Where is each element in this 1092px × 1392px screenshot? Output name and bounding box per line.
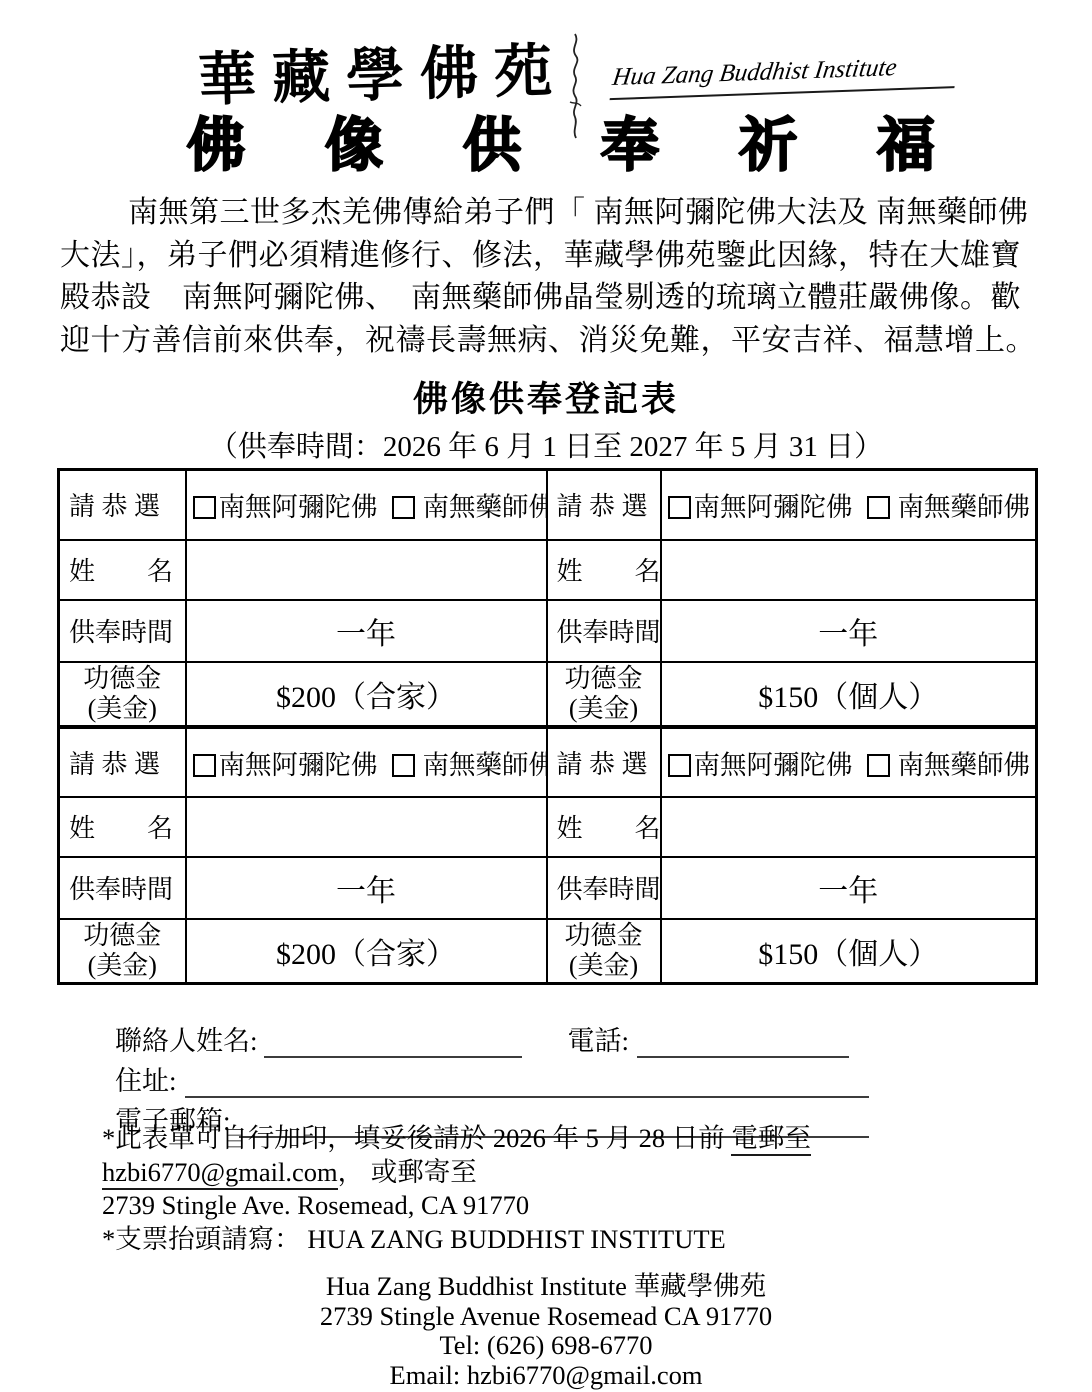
fee-label-bottom: (美金): [548, 694, 660, 724]
period-value: 一年: [186, 600, 547, 662]
footer-section: Hua Zang Buddhist Institute 華藏學佛苑 2739 S…: [0, 1272, 1092, 1390]
contact-phone-field[interactable]: [637, 1028, 849, 1058]
footer-telephone: Tel: (626) 698-6770: [0, 1331, 1092, 1361]
period-value: 一年: [661, 600, 1037, 662]
select-label: 請 恭 選: [547, 727, 661, 797]
name-input-cell[interactable]: [661, 540, 1037, 600]
intro-line: 南無第三世多杰羌佛傳給弟子們「 南無阿彌陀佛大法及 南無藥師佛: [60, 192, 1042, 235]
page-title: 佛像供奉祈福: [0, 98, 1092, 182]
option-medicine-buddha-label: 南無藥師佛: [898, 750, 1031, 780]
notes-section: *此表單可自行加印，填妥後請於 2026 年 5 月 28 日前 電郵至 hzb…: [102, 1122, 1047, 1256]
period-label: 供奉時間: [59, 857, 186, 919]
note-line-2: 2739 Stingle Ave. Rosemead, CA 91770: [102, 1189, 1047, 1223]
select-label: 請 恭 選: [59, 727, 186, 797]
registration-table: 請 恭 選 南無阿彌陀佛南無藥師佛 請 恭 選 南無阿彌陀佛南無藥師佛 姓 名 …: [57, 468, 1038, 985]
checkbox-medicine-buddha[interactable]: [867, 754, 890, 777]
fee-label-bottom: (美金): [60, 694, 185, 724]
note-line-1-prefix: *此表單可自行加印，填妥後請於 2026 年 5 月 28 日前: [102, 1123, 731, 1153]
fee-individual-value: $150（個人）: [661, 662, 1037, 727]
contact-name-field[interactable]: [264, 1028, 522, 1058]
footer-institute-name: Hua Zang Buddhist Institute 華藏學佛苑: [0, 1272, 1092, 1302]
checkbox-amitabha[interactable]: [668, 754, 691, 777]
fee-individual-value: $150（個人）: [661, 919, 1037, 984]
period-value: 一年: [661, 857, 1037, 919]
fee-family-value: $200（合家）: [186, 662, 547, 727]
footer-address: 2739 Stingle Avenue Rosemead CA 91770: [0, 1302, 1092, 1332]
checkbox-medicine-buddha[interactable]: [392, 754, 415, 777]
contact-name-label: 聯絡人姓名:: [115, 1019, 258, 1058]
note-line-3: *支票抬頭請寫： HUA ZANG BUDDHIST INSTITUTE: [102, 1223, 1047, 1257]
option-amitabha-label: 南無阿彌陀佛: [694, 492, 853, 522]
fee-label: 功德金 (美金): [59, 662, 186, 727]
option-amitabha-label: 南無阿彌陀佛: [219, 492, 378, 522]
option-medicine-buddha-label: 南無藥師佛: [423, 750, 547, 780]
note-line-1: *此表單可自行加印，填妥後請於 2026 年 5 月 28 日前 電郵至 hzb…: [102, 1122, 1047, 1189]
name-input-cell[interactable]: [186, 797, 547, 857]
option-medicine-buddha-label: 南無藥師佛: [898, 492, 1031, 522]
fee-label-top: 功德金: [548, 921, 660, 951]
intro-paragraph: 南無第三世多杰羌佛傳給弟子們「 南無阿彌陀佛大法及 南無藥師佛 大法」，弟子們必…: [60, 192, 1042, 362]
option-medicine-buddha-label: 南無藥師佛: [423, 492, 547, 522]
option-amitabha-label: 南無阿彌陀佛: [694, 750, 853, 780]
intro-line: 大法」，弟子們必須精進修行、修法，華藏學佛苑鑒此因緣，特在大雄寶: [60, 235, 1042, 278]
fee-label-bottom: (美金): [548, 951, 660, 981]
intro-line: 迎十方善信前來供奉，祝禱長壽無病、消災免難，平安吉祥、福慧增上。: [60, 320, 1042, 363]
checkbox-medicine-buddha[interactable]: [392, 496, 415, 519]
name-label: 姓 名: [59, 797, 186, 857]
form-subtitle: （供奉時間：2026 年 6 月 1 日至 2027 年 5 月 31 日）: [0, 424, 1092, 465]
checkbox-amitabha[interactable]: [193, 754, 216, 777]
fee-label-top: 功德金: [60, 664, 185, 694]
checkbox-amitabha[interactable]: [668, 496, 691, 519]
fee-label-bottom: (美金): [60, 951, 185, 981]
period-label: 供奉時間: [547, 600, 661, 662]
contact-address-field[interactable]: [185, 1068, 869, 1098]
option-amitabha-label: 南無阿彌陀佛: [219, 750, 378, 780]
fee-label: 功德金 (美金): [547, 919, 661, 984]
institute-signature: Hua Zang Buddhist Institute: [610, 52, 960, 100]
fee-label: 功德金 (美金): [59, 919, 186, 984]
fee-label-top: 功德金: [60, 921, 185, 951]
fee-label-top: 功德金: [548, 664, 660, 694]
footer-email: Email: hzbi6770@gmail.com: [0, 1361, 1092, 1391]
contact-section: 聯絡人姓名: 電話: 住址: 電子郵箱:: [115, 1018, 995, 1138]
name-label: 姓 名: [547, 797, 661, 857]
name-input-cell[interactable]: [661, 797, 1037, 857]
fee-label: 功德金 (美金): [547, 662, 661, 727]
note-line-1-suffix: ， 或郵寄至: [338, 1157, 477, 1187]
document-page: 華藏學佛苑 Hua Zang Buddhist Institute 佛像供奉祈福…: [0, 0, 1092, 1392]
select-label: 請 恭 選: [547, 470, 661, 540]
period-label: 供奉時間: [59, 600, 186, 662]
checkbox-medicine-buddha[interactable]: [867, 496, 890, 519]
name-label: 姓 名: [59, 540, 186, 600]
name-label: 姓 名: [547, 540, 661, 600]
contact-address-label: 住址:: [115, 1059, 177, 1098]
period-label: 供奉時間: [547, 857, 661, 919]
contact-phone-label: 電話:: [568, 1019, 630, 1058]
checkbox-amitabha[interactable]: [193, 496, 216, 519]
fee-family-value: $200（合家）: [186, 919, 547, 984]
form-title: 佛像供奉登記表: [0, 372, 1092, 422]
period-value: 一年: [186, 857, 547, 919]
intro-line: 殿恭設 南無阿彌陀佛、 南無藥師佛晶瑩剔透的琉璃立體莊嚴佛像。歡: [60, 277, 1042, 320]
select-label: 請 恭 選: [59, 470, 186, 540]
name-input-cell[interactable]: [186, 540, 547, 600]
